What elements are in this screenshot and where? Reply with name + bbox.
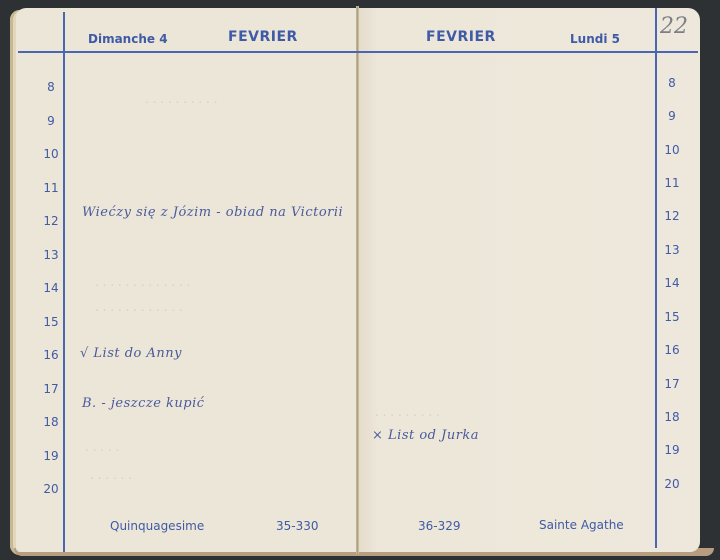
left-hour-12: 12 <box>40 214 62 228</box>
left-hour-8: 8 <box>40 80 62 94</box>
left-margin-line <box>63 12 65 552</box>
right-hour-15: 15 <box>661 310 683 324</box>
header-rule <box>18 51 698 53</box>
left-hour-10: 10 <box>40 147 62 161</box>
left-day-label: Dimanche 4 <box>88 32 168 46</box>
right-margin-line <box>655 8 657 548</box>
left-hour-14: 14 <box>40 281 62 295</box>
right-hour-10: 10 <box>661 143 683 157</box>
bleed-through-text: . . . . . . <box>90 468 132 482</box>
handwritten-note: B. - jeszcze kupić <box>82 396 205 411</box>
left-hour-15: 15 <box>40 315 62 329</box>
handwritten-note: Wiećzy się z Józim - obiad na Victorii <box>82 205 343 220</box>
left-footer-day-numbers: 35-330 <box>276 519 319 533</box>
left-hour-9: 9 <box>40 114 62 128</box>
handwritten-note: × List od Jurka <box>372 428 479 443</box>
left-footer-feast: Quinquagesime <box>110 519 204 533</box>
right-hour-17: 17 <box>661 377 683 391</box>
pencil-page-number: 22 <box>660 14 688 39</box>
right-hour-19: 19 <box>661 443 683 457</box>
left-hour-17: 17 <box>40 382 62 396</box>
right-hour-11: 11 <box>661 176 683 190</box>
right-month-label: FEVRIER <box>426 29 496 45</box>
right-hour-16: 16 <box>661 343 683 357</box>
open-diary: Dimanche 4 FEVRIER FEVRIER Lundi 5 22 8 … <box>0 0 720 560</box>
handwritten-note: √ List do Anny <box>80 346 182 361</box>
left-hour-20: 20 <box>40 482 62 496</box>
right-hour-14: 14 <box>661 276 683 290</box>
right-day-label: Lundi 5 <box>570 32 620 46</box>
right-hour-18: 18 <box>661 410 683 424</box>
right-hour-12: 12 <box>661 209 683 223</box>
right-hour-20: 20 <box>661 477 683 491</box>
bleed-through-text: . . . . . . . . . . . . . <box>95 275 190 289</box>
bleed-through-text: . . . . . . . . . <box>375 405 440 419</box>
bleed-through-text: . . . . . . . . . . <box>145 92 217 106</box>
left-month-label: FEVRIER <box>228 29 298 45</box>
right-page <box>358 8 700 552</box>
left-hour-11: 11 <box>40 181 62 195</box>
bleed-through-text: . . . . . <box>85 440 119 454</box>
left-hour-13: 13 <box>40 248 62 262</box>
bleed-through-text: . . . . . . . . . . . . <box>95 300 183 314</box>
right-hour-8: 8 <box>661 76 683 90</box>
right-hour-13: 13 <box>661 243 683 257</box>
book-spine <box>356 6 359 554</box>
left-hour-16: 16 <box>40 348 62 362</box>
left-hour-18: 18 <box>40 415 62 429</box>
right-hour-9: 9 <box>661 109 683 123</box>
left-hour-19: 19 <box>40 449 62 463</box>
right-footer-day-numbers: 36-329 <box>418 519 461 533</box>
right-footer-feast: Sainte Agathe <box>539 518 624 532</box>
